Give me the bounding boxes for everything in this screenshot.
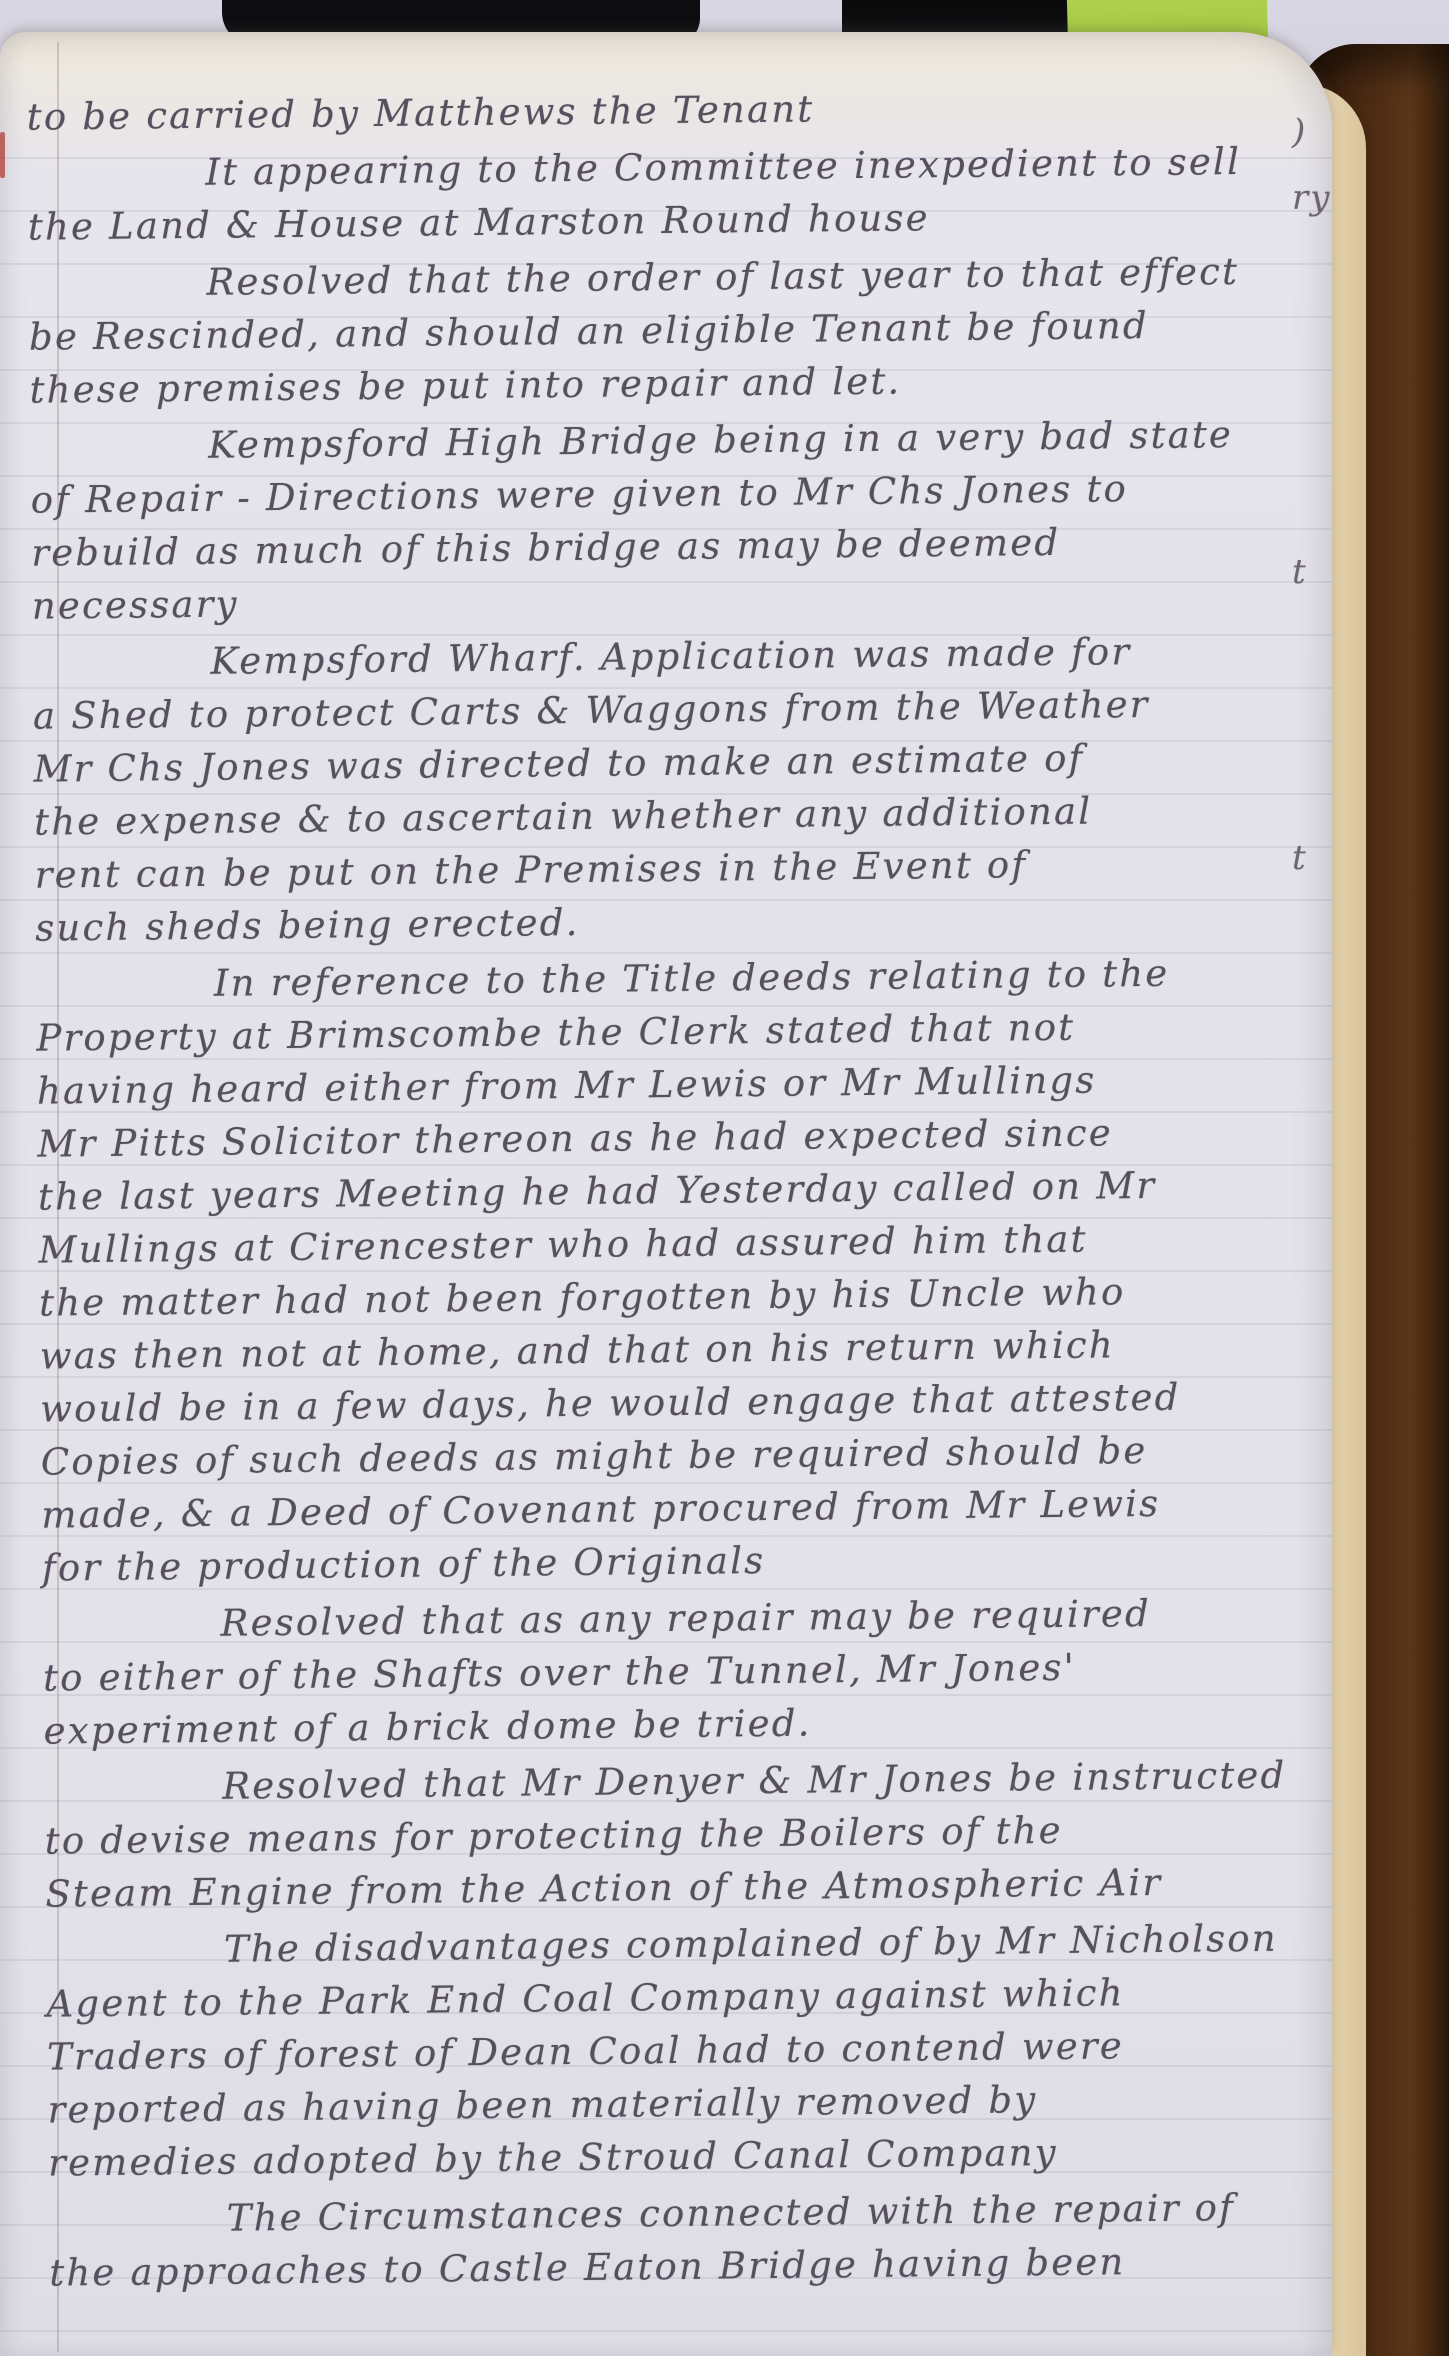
- page-edge-fragment: ry: [1292, 178, 1331, 218]
- page-edge-fragment: t: [1292, 838, 1308, 878]
- manuscript-text-block: to be carried by Matthews the TenantIt a…: [26, 77, 1311, 2299]
- page-edge-fragment: ): [1292, 112, 1307, 152]
- page-edge-fragment: t: [1292, 552, 1308, 592]
- manuscript-page: to be carried by Matthews the TenantIt a…: [0, 32, 1332, 2356]
- red-margin-mark: [0, 132, 5, 178]
- manuscript-line: to be carried by Matthews the Tenant: [26, 77, 1288, 143]
- manuscript-photo: to be carried by Matthews the TenantIt a…: [0, 0, 1449, 2356]
